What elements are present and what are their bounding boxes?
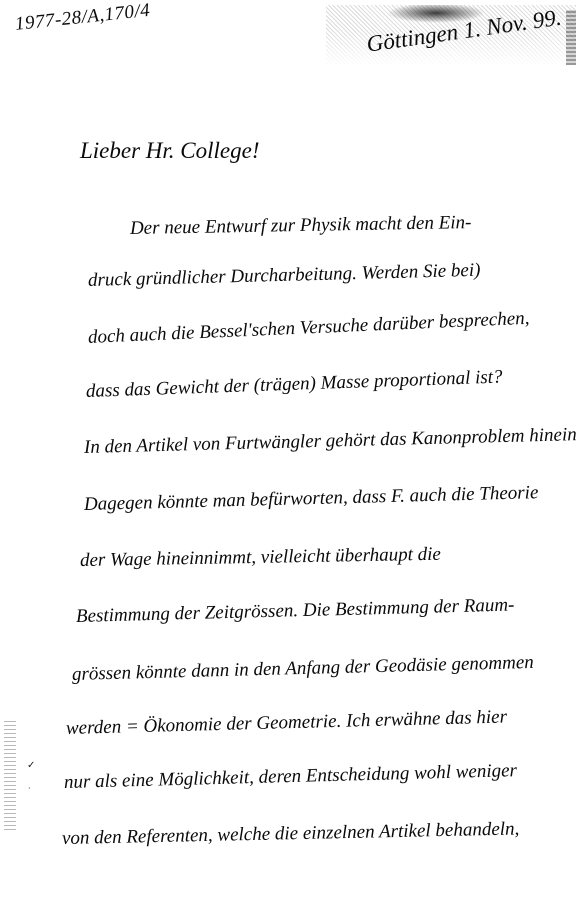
letter-line: werden = Ökonomie der Geometrie. Ich erw… — [66, 706, 508, 740]
letter-line: von den Referenten, welche die einzelnen… — [62, 818, 520, 850]
letter-line: druck gründlicher Durcharbeitung. Werden… — [88, 260, 481, 292]
letter-line: grössen könnte dann in den Anfang der Ge… — [72, 652, 534, 686]
letter-line: dass das Gewicht der (trägen) Masse prop… — [86, 366, 503, 403]
scan-edge-artifact — [566, 10, 576, 65]
letter-line: Bestimmung der Zeitgrössen. Die Bestimmu… — [76, 595, 515, 628]
letter-line: In den Artikel von Furtwängler gehört da… — [84, 424, 576, 459]
letter-line: doch auch die Bessel'schen Versuche darü… — [88, 308, 530, 349]
margin-mark: ✓ — [27, 760, 35, 771]
letter-line: der Wage hineinnimmt, vielleicht überhau… — [80, 544, 441, 572]
letter-line: Dagegen könnte man befürworten, dass F. … — [84, 482, 539, 516]
archive-reference-number: 1977-28/A,170/4 — [14, 0, 151, 36]
letter-line: Der neue Entwurf zur Physik macht den Ei… — [130, 212, 472, 240]
letter-page: 1977-28/A,170/4 Göttingen 1. Nov. 99. Li… — [0, 0, 576, 905]
salutation: Lieber Hr. College! — [80, 138, 260, 164]
margin-mark: · — [28, 784, 31, 793]
archive-margin-stamp — [4, 720, 16, 830]
letter-line: nur als eine Möglichkeit, deren Entschei… — [64, 760, 518, 794]
